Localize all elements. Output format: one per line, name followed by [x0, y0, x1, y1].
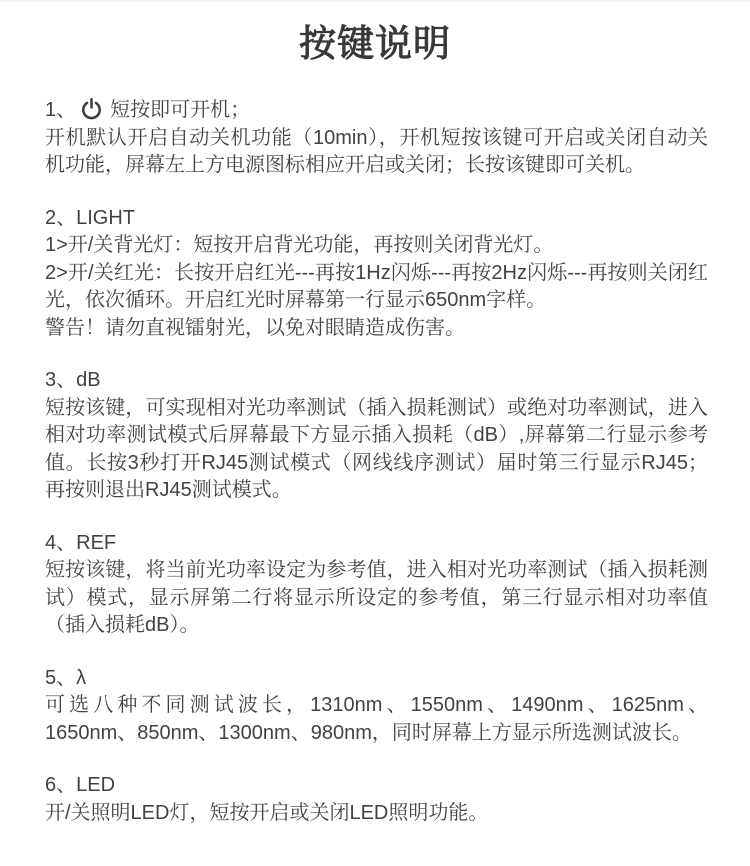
manual-page: { "page": { "title": "按键说明" }, "colors":…: [0, 0, 750, 866]
instructions-content: 1、短按即可开机； 开机默认开启自动关机功能（10min），开机短按该键可开启或…: [0, 64, 750, 827]
section-light-number: 2、: [45, 207, 76, 229]
section-light-title: LIGHT: [76, 207, 135, 229]
section-ref-heading: 4、REF: [45, 530, 708, 558]
section-lambda-heading: 5、λ: [45, 665, 708, 693]
power-icon: [80, 97, 103, 120]
section-power-heading: 1、短按即可开机；: [45, 97, 708, 125]
section-led-paragraph: 开/关照明LED灯，短按开启或关闭LED照明功能。: [45, 800, 708, 828]
section-power-paragraph: 开机默认开启自动关机功能（10min），开机短按该键可开启或关闭自动关机功能，屏…: [45, 125, 708, 180]
section-led-number: 6、: [45, 774, 76, 796]
section-lambda-number: 5、: [45, 667, 76, 689]
top-divider: [0, 0, 750, 2]
section-lambda-title: λ: [76, 667, 86, 689]
section-light-button: 2、LIGHT 1>开/关背光灯：短按开启背光功能，再按则关闭背光灯。 2>开/…: [45, 205, 708, 343]
section-ref-title: REF: [76, 532, 116, 554]
section-db-button: 3、dB 短按该键，可实现相对光功率测试（插入损耗测试）或绝对功率测试，进入相对…: [45, 367, 708, 505]
section-ref-paragraph: 短按该键，将当前光功率设定为参考值，进入相对光功率测试（插入损耗测试）模式，显示…: [45, 557, 708, 640]
section-light-heading: 2、LIGHT: [45, 205, 708, 233]
section-light-warning: 警告！请勿直视镭射光，以免对眼睛造成伤害。: [45, 315, 708, 343]
section-power-intro: 短按即可开机；: [110, 99, 250, 121]
section-light-paragraph: 2>开/关红光：长按开启红光---再按1Hz闪烁---再按2Hz闪烁---再按则…: [45, 260, 708, 315]
section-light-paragraph: 1>开/关背光灯：短按开启背光功能，再按则关闭背光灯。: [45, 232, 708, 260]
section-lambda-button: 5、λ 可选八种不同测试波长，1310nm、1550nm、1490nm、1625…: [45, 665, 708, 748]
section-db-title: dB: [76, 369, 100, 391]
section-led-button: 6、LED 开/关照明LED灯，短按开启或关闭LED照明功能。: [45, 772, 708, 827]
section-power-button: 1、短按即可开机； 开机默认开启自动关机功能（10min），开机短按该键可开启或…: [45, 97, 708, 180]
section-led-heading: 6、LED: [45, 772, 708, 800]
section-db-heading: 3、dB: [45, 367, 708, 395]
section-db-number: 3、: [45, 369, 76, 391]
page-title: 按键说明: [0, 24, 750, 64]
section-lambda-paragraph: 可选八种不同测试波长，1310nm、1550nm、1490nm、1625nm、1…: [45, 692, 708, 747]
section-ref-button: 4、REF 短按该键，将当前光功率设定为参考值，进入相对光功率测试（插入损耗测试…: [45, 530, 708, 640]
section-power-number: 1、: [45, 99, 76, 121]
section-ref-number: 4、: [45, 532, 76, 554]
section-led-title: LED: [76, 774, 115, 796]
section-db-paragraph: 短按该键，可实现相对光功率测试（插入损耗测试）或绝对功率测试，进入相对功率测试模…: [45, 395, 708, 505]
